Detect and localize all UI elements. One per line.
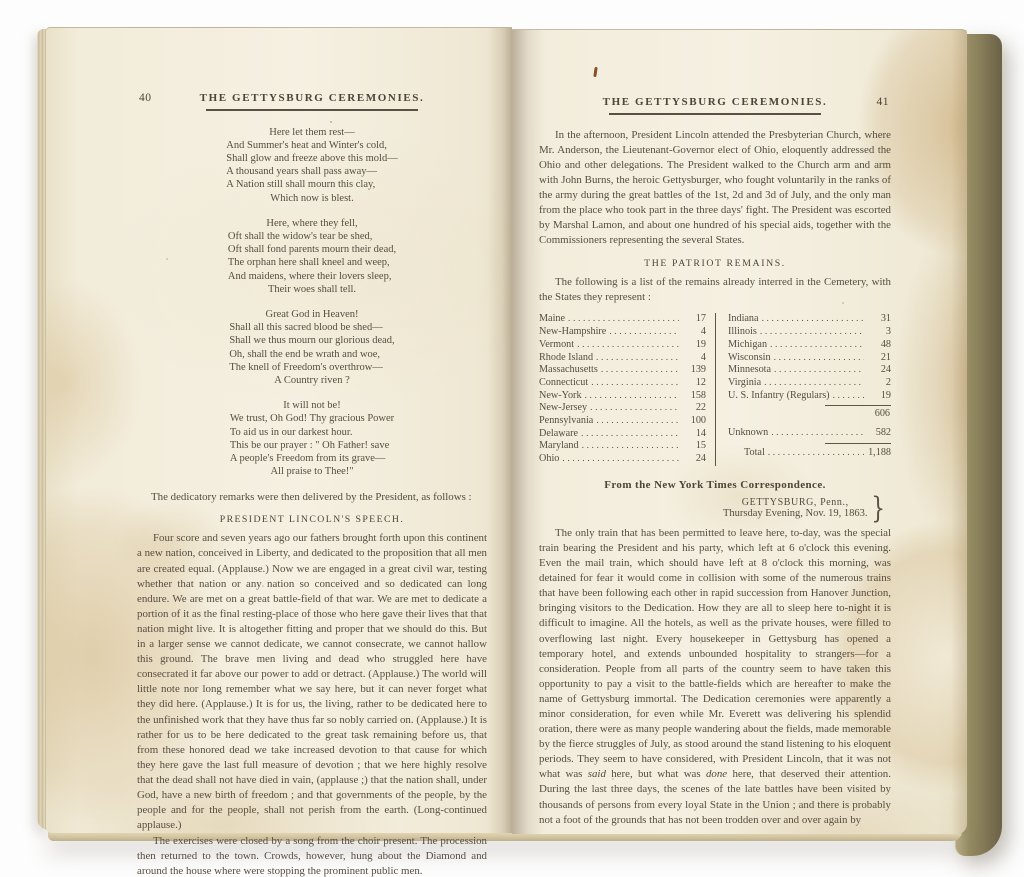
remains-table-right-column: Indiana31 Illinois3 Michigan48 Wisconsin… bbox=[715, 313, 891, 465]
state-count: 100 bbox=[682, 415, 706, 427]
page-number-right: 41 bbox=[877, 96, 890, 108]
state-name: Rhode Island bbox=[539, 352, 593, 364]
lincoln-speech-paragraph: Four score and seven years ago our fathe… bbox=[137, 531, 487, 833]
patriot-remains-heading: THE PATRIOT REMAINS. bbox=[539, 258, 891, 269]
poem-line: Oft shall the widow's tear be shed, bbox=[228, 230, 396, 243]
poem-line: And maidens, where their lovers sleep, bbox=[228, 270, 396, 283]
dot-leader bbox=[585, 390, 679, 403]
table-row: Ohio24 bbox=[539, 453, 706, 466]
nyt-paragraph: The only train that has been permitted t… bbox=[539, 526, 891, 828]
table-row: Virginia2 bbox=[728, 377, 891, 390]
table-row: Vermont19 bbox=[539, 339, 706, 352]
state-name: Illinois bbox=[728, 326, 757, 338]
ink-smudge bbox=[593, 67, 597, 77]
poem-line: We trust, Oh God! Thy gracious Power bbox=[230, 412, 394, 425]
poem-stanza-2: Here, where they fell, Oft shall the wid… bbox=[228, 217, 396, 296]
subtotal-rule bbox=[825, 405, 891, 406]
afternoon-paragraph: In the afternoon, President Lincoln atte… bbox=[539, 128, 891, 249]
head-rule-left bbox=[206, 109, 418, 111]
table-row: New-York158 bbox=[539, 390, 706, 403]
dot-leader bbox=[774, 352, 864, 365]
dot-leader bbox=[833, 390, 864, 403]
nyt-italic-done: done bbox=[706, 768, 727, 780]
poem-line: Their woes shall tell. bbox=[228, 283, 396, 296]
head-rule-right bbox=[609, 113, 821, 115]
state-name: Maryland bbox=[539, 440, 579, 452]
poem-line: And Summer's heat and Winter's cold, bbox=[226, 139, 397, 152]
state-count: 24 bbox=[682, 453, 706, 465]
state-name: Delaware bbox=[539, 428, 578, 440]
state-name: Maine bbox=[539, 313, 565, 325]
state-count: 4 bbox=[682, 326, 706, 338]
dot-leader bbox=[590, 402, 679, 415]
dot-leader bbox=[760, 326, 864, 339]
poem-stanza-1: Here let them rest— And Summer's heat an… bbox=[226, 126, 397, 205]
poem-line: A Country riven ? bbox=[229, 374, 394, 387]
dot-leader bbox=[577, 339, 679, 352]
subtotal-value: 606 bbox=[728, 408, 891, 420]
remains-table: Maine17 New-Hampshire4 Vermont19 Rhode I… bbox=[539, 313, 891, 465]
table-row-unknown: Unknown582 bbox=[728, 427, 891, 440]
dot-leader bbox=[596, 415, 679, 428]
dot-leader bbox=[774, 364, 864, 377]
poem-line: This be our prayer : " Oh Father! save bbox=[230, 439, 394, 452]
table-row: Delaware14 bbox=[539, 428, 706, 441]
state-count: 14 bbox=[682, 428, 706, 440]
list-intro-paragraph: The following is a list of the remains a… bbox=[539, 275, 891, 305]
table-row: Wisconsin21 bbox=[728, 352, 891, 365]
poem-line: Oft shall fond parents mourn their dead, bbox=[228, 243, 396, 256]
dot-leader bbox=[770, 339, 864, 352]
state-count: 15 bbox=[682, 440, 706, 452]
poem-line: Oh, shall the end be wrath and woe, bbox=[229, 348, 394, 361]
state-count: 22 bbox=[682, 402, 706, 414]
dateline-brace: } bbox=[871, 495, 885, 521]
dateline-place: GETTYSBURG, Penn., bbox=[723, 497, 868, 508]
dot-leader bbox=[562, 453, 679, 466]
nyt-text-segment: The only train that has been permitted t… bbox=[539, 527, 891, 781]
poem-line: Here, where they fell, bbox=[228, 217, 396, 230]
dot-leader bbox=[596, 352, 679, 365]
state-name: Connecticut bbox=[539, 377, 588, 389]
remains-table-left-column: Maine17 New-Hampshire4 Vermont19 Rhode I… bbox=[539, 313, 715, 465]
state-count: 21 bbox=[867, 352, 891, 364]
dot-leader bbox=[762, 313, 864, 326]
right-page-content: THE GETTYSBURG CEREMONIES. 41 In the aft… bbox=[539, 96, 891, 828]
dedicatory-remarks-line: The dedicatory remarks were then deliver… bbox=[137, 490, 487, 505]
poem-line: A thousand years shall pass away— bbox=[226, 165, 397, 178]
poem-line: To aid us in our darkest hour. bbox=[230, 426, 394, 439]
table-row: Minnesota24 bbox=[728, 364, 891, 377]
photo-backdrop: 40 THE GETTYSBURG CEREMONIES. Here let t… bbox=[0, 0, 1024, 877]
dot-leader bbox=[582, 440, 679, 453]
poem-stanza-4: It will not be! We trust, Oh God! Thy gr… bbox=[230, 399, 394, 478]
state-name: Virginia bbox=[728, 377, 761, 389]
table-row: Connecticut12 bbox=[539, 377, 706, 390]
state-count: 2 bbox=[867, 377, 891, 389]
state-count: 139 bbox=[682, 364, 706, 376]
state-name: Massachusetts bbox=[539, 364, 598, 376]
state-count: 19 bbox=[682, 339, 706, 351]
state-name: U. S. Infantry (Regulars) bbox=[728, 390, 830, 402]
nyt-text-segment: here, but what was bbox=[606, 768, 706, 780]
state-name: Wisconsin bbox=[728, 352, 771, 364]
dateline-date: Thursday Evening, Nov. 19, 1863. bbox=[723, 508, 868, 519]
dot-leader bbox=[591, 377, 679, 390]
table-row-total: Total1,188 bbox=[728, 447, 891, 460]
left-page-content: 40 THE GETTYSBURG CEREMONIES. Here let t… bbox=[137, 92, 487, 877]
dateline-text: GETTYSBURG, Penn., Thursday Evening, Nov… bbox=[723, 497, 868, 519]
nyt-correspondence-heading: From the New York Times Correspondence. bbox=[539, 479, 891, 491]
dot-leader bbox=[768, 447, 864, 460]
poem-line: A Nation still shall mourn this clay, bbox=[226, 178, 397, 191]
foxing-specks bbox=[0, 0, 2, 2]
running-head-left: THE GETTYSBURG CEREMONIES. bbox=[137, 92, 487, 104]
poem-line: All praise to Thee!" bbox=[230, 465, 394, 478]
state-count: 31 bbox=[867, 313, 891, 325]
table-row: Maine17 bbox=[539, 313, 706, 326]
state-count: 17 bbox=[682, 313, 706, 325]
dot-leader bbox=[601, 364, 679, 377]
poem-stanza-3: Great God in Heaven! Shall all this sacr… bbox=[229, 308, 394, 387]
state-name: Michigan bbox=[728, 339, 767, 351]
state-count: 4 bbox=[682, 352, 706, 364]
poem-line: It will not be! bbox=[230, 399, 394, 412]
poem-line: Great God in Heaven! bbox=[229, 308, 394, 321]
table-row: New-Jersey22 bbox=[539, 402, 706, 415]
right-page: THE GETTYSBURG CEREMONIES. 41 In the aft… bbox=[512, 29, 967, 834]
poem-line: Which now is blest. bbox=[226, 192, 397, 205]
state-count: 3 bbox=[867, 326, 891, 338]
dot-leader bbox=[568, 313, 679, 326]
poem-line: Here let them rest— bbox=[226, 126, 397, 139]
total-rule bbox=[825, 443, 891, 444]
state-count: 158 bbox=[682, 390, 706, 402]
nyt-italic-said: said bbox=[588, 768, 606, 780]
state-count: 19 bbox=[867, 390, 891, 402]
table-row: Illinois3 bbox=[728, 326, 891, 339]
poem-line: The orphan here shall kneel and weep, bbox=[228, 256, 396, 269]
left-page: 40 THE GETTYSBURG CEREMONIES. Here let t… bbox=[46, 27, 512, 833]
state-name: New-Jersey bbox=[539, 402, 587, 414]
total-count: 1,188 bbox=[867, 447, 891, 459]
dot-leader bbox=[609, 326, 679, 339]
table-row: Michigan48 bbox=[728, 339, 891, 352]
table-row: New-Hampshire4 bbox=[539, 326, 706, 339]
dot-leader bbox=[771, 427, 864, 440]
table-row: Indiana31 bbox=[728, 313, 891, 326]
running-head-right: THE GETTYSBURG CEREMONIES. bbox=[539, 96, 891, 108]
state-name: Minnesota bbox=[728, 364, 771, 376]
table-row: Massachusetts139 bbox=[539, 364, 706, 377]
state-name: Pennsylvania bbox=[539, 415, 593, 427]
state-name: New-York bbox=[539, 390, 582, 402]
table-row: U. S. Infantry (Regulars)19 bbox=[728, 390, 891, 403]
poem-line: Shall all this sacred blood be shed— bbox=[229, 321, 394, 334]
memorial-poem: Here let them rest— And Summer's heat an… bbox=[137, 126, 487, 479]
running-head-row-right: THE GETTYSBURG CEREMONIES. 41 bbox=[539, 96, 891, 111]
speech-heading: PRESIDENT LINCOLN'S SPEECH. bbox=[137, 514, 487, 525]
dot-leader bbox=[581, 428, 679, 441]
dateline: GETTYSBURG, Penn., Thursday Evening, Nov… bbox=[539, 495, 887, 521]
table-row: Pennsylvania100 bbox=[539, 415, 706, 428]
poem-line: Shall we thus mourn our glorious dead, bbox=[229, 334, 394, 347]
running-head-row-left: 40 THE GETTYSBURG CEREMONIES. bbox=[137, 92, 487, 107]
total-label: Total bbox=[728, 447, 765, 459]
poem-line: Shall glow and freeze above this mold— bbox=[226, 152, 397, 165]
table-row: Rhode Island4 bbox=[539, 352, 706, 365]
table-row: Maryland15 bbox=[539, 440, 706, 453]
state-name: Indiana bbox=[728, 313, 759, 325]
state-name: New-Hampshire bbox=[539, 326, 606, 338]
state-count: 12 bbox=[682, 377, 706, 389]
unknown-label: Unknown bbox=[728, 427, 768, 439]
unknown-count: 582 bbox=[867, 427, 891, 439]
state-name: Ohio bbox=[539, 453, 559, 465]
closing-paragraph: The exercises were closed by a song from… bbox=[137, 834, 487, 877]
dot-leader bbox=[764, 377, 864, 390]
page-number-left: 40 bbox=[139, 92, 152, 104]
open-book: 40 THE GETTYSBURG CEREMONIES. Here let t… bbox=[0, 0, 1024, 877]
state-count: 48 bbox=[867, 339, 891, 351]
poem-line: A people's Freedom from its grave— bbox=[230, 452, 394, 465]
poem-line: The knell of Freedom's overthrow— bbox=[229, 361, 394, 374]
state-count: 24 bbox=[867, 364, 891, 376]
state-name: Vermont bbox=[539, 339, 574, 351]
